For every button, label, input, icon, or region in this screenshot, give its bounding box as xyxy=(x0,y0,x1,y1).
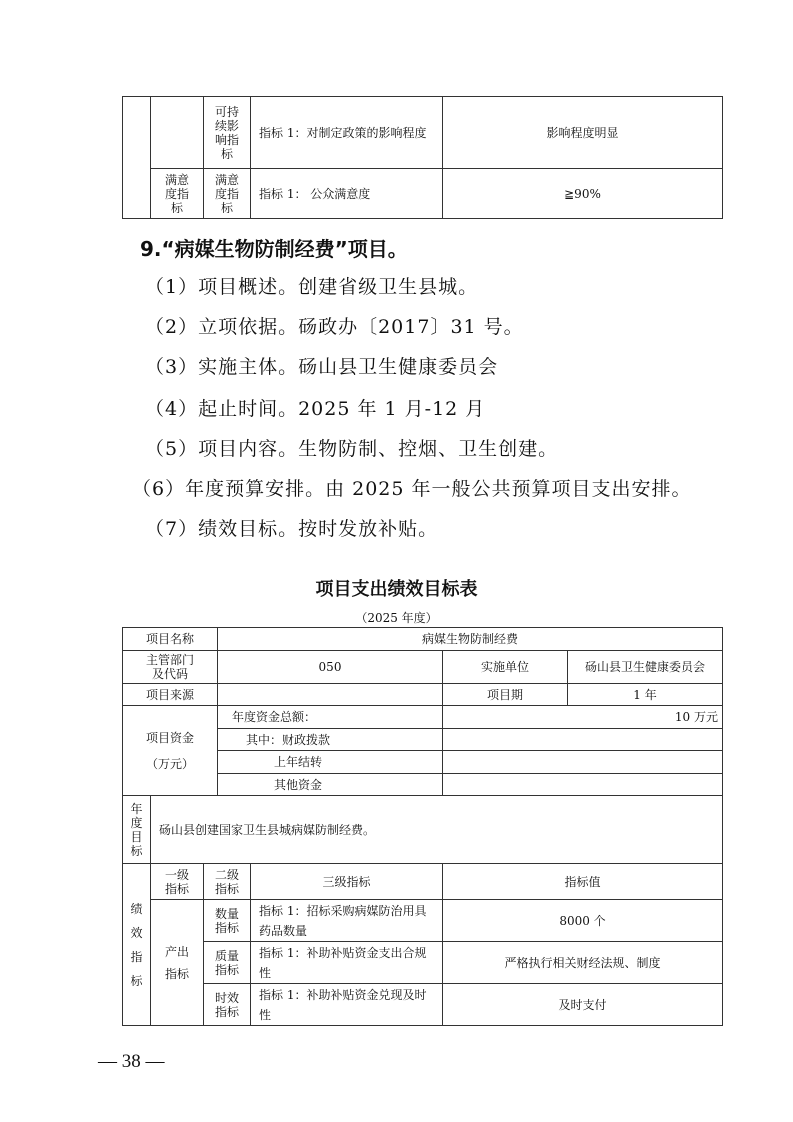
item-implementer: （3）实施主体。砀山县卫生健康委员会 xyxy=(145,352,498,379)
item-budget: （6）年度预算安排。由 2025 年一般公共预算项目支出安排。 xyxy=(132,474,692,501)
header-level1: 一级指标 xyxy=(150,863,204,900)
annual-goal-label: 年度目标 xyxy=(122,795,151,864)
table-subtitle: （2025 年度） xyxy=(0,609,793,626)
annual-goal-value: 砀山县创建国家卫生县城病媒防制经费。 xyxy=(150,795,723,864)
top-table-level3-satisfaction: 指标 1： 公众满意度 xyxy=(250,168,443,219)
funds-other-label: 其他资金 xyxy=(217,773,443,796)
perf-label: 绩效指标 xyxy=(122,863,151,1026)
top-table-level2-satisfaction: 满意度指标 xyxy=(203,168,251,219)
source-label: 项目来源 xyxy=(122,683,218,706)
funds-total-value: 10 万元 xyxy=(442,705,723,729)
row-timeliness-value: 及时支付 xyxy=(442,983,723,1026)
row-quantity-value: 8000 个 xyxy=(442,899,723,942)
row-quality-value: 严格执行相关财经法规、制度 xyxy=(442,941,723,984)
top-table-level3-sustain: 指标 1：对制定政策的影响程度 xyxy=(250,96,443,169)
item-goal: （7）绩效目标。按时发放补贴。 xyxy=(145,514,438,541)
header-value: 指标值 xyxy=(442,863,723,900)
top-table-value-sustain: 影响程度明显 xyxy=(442,96,723,169)
impl-unit-value: 砀山县卫生健康委员会 xyxy=(567,650,723,684)
item-content: （5）项目内容。生物防制、控烟、卫生创建。 xyxy=(145,434,558,461)
funds-fiscal-value xyxy=(442,728,723,751)
output-indicator-label: 产出指标 xyxy=(150,899,204,1026)
row-timeliness-level2: 时效指标 xyxy=(203,983,251,1026)
funds-total-label: 年度资金总额： xyxy=(217,705,443,729)
top-table-value-satisfaction: ≧90% xyxy=(442,168,723,219)
item-basis: （2）立项依据。砀政办〔2017〕31 号。 xyxy=(145,312,524,339)
top-table-col0 xyxy=(122,96,151,219)
funds-carryover-value xyxy=(442,750,723,774)
row-quality-level3: 指标 1：补助补贴资金支出合规性 xyxy=(250,941,443,984)
row-quantity-level2: 数量指标 xyxy=(203,899,251,942)
row-quality-level2: 质量指标 xyxy=(203,941,251,984)
funds-carryover-label: 上年结转 xyxy=(217,750,443,774)
row-timeliness-level3: 指标 1：补助补贴资金兑现及时性 xyxy=(250,983,443,1026)
impl-unit-label: 实施单位 xyxy=(442,650,568,684)
source-value xyxy=(217,683,443,706)
dept-label: 主管部门及代码 xyxy=(122,650,218,684)
table-title: 项目支出绩效目标表 xyxy=(0,575,793,601)
funds-fiscal-label: 其中：财政拨款 xyxy=(217,728,443,751)
row-quantity-level3: 指标 1：招标采购病媒防治用具药品数量 xyxy=(250,899,443,942)
project-name-label: 项目名称 xyxy=(122,627,218,651)
funds-other-value xyxy=(442,773,723,796)
header-level2: 二级指标 xyxy=(203,863,251,900)
dept-code: 050 xyxy=(217,650,443,684)
section-heading: 9.“病媒生物防制经费”项目。 xyxy=(140,233,408,262)
page-number: — 38 — xyxy=(98,1051,165,1073)
item-period: （4）起止时间。2025 年 1 月-12 月 xyxy=(145,394,485,421)
funds-label: 项目资金（万元） xyxy=(122,705,218,796)
item-overview: （1）项目概述。创建省级卫生县城。 xyxy=(145,272,478,299)
period-value: 1 年 xyxy=(567,683,723,706)
period-label: 项目期 xyxy=(442,683,568,706)
top-table-level1-empty xyxy=(150,96,204,169)
top-table-level1-satisfaction: 满意度指标 xyxy=(150,168,204,219)
header-level3: 三级指标 xyxy=(250,863,443,900)
top-table-level2-sustain: 可持续影响指标 xyxy=(203,96,251,169)
project-name-value: 病媒生物防制经费 xyxy=(217,627,723,651)
